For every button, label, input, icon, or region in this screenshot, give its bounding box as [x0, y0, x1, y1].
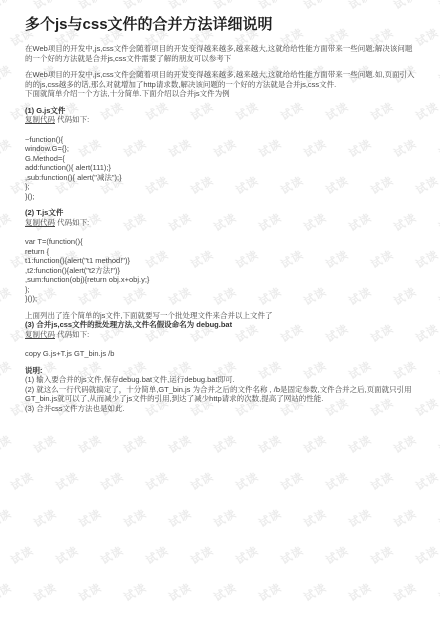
watermark-text: 试读 — [436, 579, 440, 605]
watermark-text: 试读 — [436, 431, 440, 457]
watermark-text: 试读 — [76, 579, 105, 605]
section-gjs-file: (1) G.js文件 复制代码 代码如下: ~function(){ windo… — [25, 106, 418, 202]
overview-text: 在Web项目的开发中,js,css文件会随着项目的开发变得越来越多,越来越大,这… — [25, 70, 418, 89]
watermark-text: 试读 — [368, 542, 397, 568]
watermark-text: 试读 — [166, 505, 195, 531]
overview-text-2: 下面就简单介绍一个方法,十分简单.下面介绍以合并js文件为例 — [25, 89, 418, 99]
note-item-3: (3) 合并css文件方法也是如此. — [25, 404, 418, 414]
watermark-text: 试读 — [31, 505, 60, 531]
section-batch-file: 上面列出了连个简单的js文件,下面就要写一个批处理文件来合并以上文件了 (3) … — [25, 311, 418, 359]
watermark-text: 试读 — [211, 579, 240, 605]
section-tjs-file: (2) T.js文件 复制代码 代码如下: var T=(function(){… — [25, 208, 418, 304]
watermark-text: 试读 — [346, 579, 375, 605]
watermark-text: 试读 — [211, 505, 240, 531]
watermark-text: 试读 — [323, 468, 352, 494]
watermark-text: 试读 — [143, 542, 172, 568]
watermark-text: 试读 — [391, 431, 420, 457]
watermark-text: 试读 — [391, 579, 420, 605]
copy-code-link[interactable]: 复制代码 — [25, 218, 55, 227]
article: 多个js与css文件的合并方法详细说明 在Web项目的开发中,js,css文件会… — [0, 0, 440, 413]
code-block-gjs: ~function(){ window.G={}; G.Method={ add… — [25, 135, 418, 202]
watermark-text: 试读 — [31, 431, 60, 457]
watermark-text: 试读 — [166, 579, 195, 605]
watermark-text: 试读 — [323, 542, 352, 568]
watermark-text: 试读 — [53, 542, 82, 568]
copy-code-line: 复制代码 代码如下: — [25, 115, 418, 125]
watermark-text: 试读 — [0, 431, 14, 457]
watermark-text: 试读 — [233, 542, 262, 568]
watermark-text: 试读 — [413, 542, 440, 568]
watermark-text: 试读 — [278, 468, 307, 494]
watermark-text: 试读 — [0, 505, 14, 531]
watermark-text: 试读 — [368, 468, 397, 494]
document-page: 试读试读试读试读试读试读试读试读试读试读试读试读试读试读试读试读试读试读试读试读… — [0, 0, 440, 620]
watermark-text: 试读 — [391, 505, 420, 531]
watermark-text: 试读 — [233, 468, 262, 494]
watermark-text: 试读 — [278, 542, 307, 568]
watermark-text: 试读 — [76, 431, 105, 457]
watermark-text: 试读 — [301, 431, 330, 457]
code-label: 代码如下: — [57, 218, 89, 227]
watermark-text: 试读 — [301, 505, 330, 531]
watermark-text: 试读 — [31, 579, 60, 605]
watermark-text: 试读 — [346, 505, 375, 531]
watermark-text: 试读 — [256, 579, 285, 605]
watermark-text: 试读 — [256, 505, 285, 531]
intro-paragraph: 在Web项目的开发中,js,css文件会随着项目的开发变得越来越多,越来越大,这… — [25, 44, 418, 63]
watermark-text: 试读 — [121, 505, 150, 531]
watermark-text: 试读 — [8, 542, 37, 568]
watermark-text: 试读 — [211, 431, 240, 457]
watermark-text: 试读 — [121, 431, 150, 457]
watermark-text: 试读 — [121, 579, 150, 605]
watermark-text: 试读 — [301, 579, 330, 605]
copy-code-link[interactable]: 复制代码 — [25, 330, 55, 339]
lead-paragraph: 上面列出了连个简单的js文件,下面就要写一个批处理文件来合并以上文件了 — [25, 311, 418, 321]
code-block-batch: copy G.js+T.js GT_bin.js /b — [25, 349, 418, 359]
notes-heading: 说明: — [25, 366, 418, 376]
watermark-text: 试读 — [346, 431, 375, 457]
copy-code-line: 复制代码 代码如下: — [25, 218, 418, 228]
code-label: 代码如下: — [57, 330, 89, 339]
watermark-text: 试读 — [8, 468, 37, 494]
watermark-text: 试读 — [53, 468, 82, 494]
overview-paragraph: 在Web项目的开发中,js,css文件会随着项目的开发变得越来越多,越来越大,这… — [25, 70, 418, 99]
section-heading-batch: (3) 合并js,css文件的批处理方法,文件名假设命名为 debug.bat — [25, 320, 418, 330]
code-block-tjs: var T=(function(){ return { t1:function(… — [25, 237, 418, 304]
watermark-text: 试读 — [98, 468, 127, 494]
page-title: 多个js与css文件的合并方法详细说明 — [25, 16, 418, 33]
watermark-text: 试读 — [188, 542, 217, 568]
watermark-text: 试读 — [188, 468, 217, 494]
watermark-text: 试读 — [98, 542, 127, 568]
section-heading-gjs: (1) G.js文件 — [25, 106, 418, 116]
watermark-text: 试读 — [143, 468, 172, 494]
copy-code-link[interactable]: 复制代码 — [25, 115, 55, 124]
note-item-2: (2) 就这么一行代码就搞定了，十分简单,GT_bin.js 为合并之后的文件名… — [25, 385, 418, 404]
copy-code-line: 复制代码 代码如下: — [25, 330, 418, 340]
watermark-text: 试读 — [166, 431, 195, 457]
watermark-text: 试读 — [413, 468, 440, 494]
notes-section: 说明: (1) 输入要合并的js文件,保存debug.bat文件,运行debug… — [25, 366, 418, 414]
watermark-text: 试读 — [436, 505, 440, 531]
code-label: 代码如下: — [57, 115, 89, 124]
section-heading-tjs: (2) T.js文件 — [25, 208, 418, 218]
watermark-text: 试读 — [0, 579, 14, 605]
watermark-text: 试读 — [76, 505, 105, 531]
watermark-text: 试读 — [256, 431, 285, 457]
note-item-1: (1) 输入要合并的js文件,保存debug.bat文件,运行debug.bat… — [25, 375, 418, 385]
